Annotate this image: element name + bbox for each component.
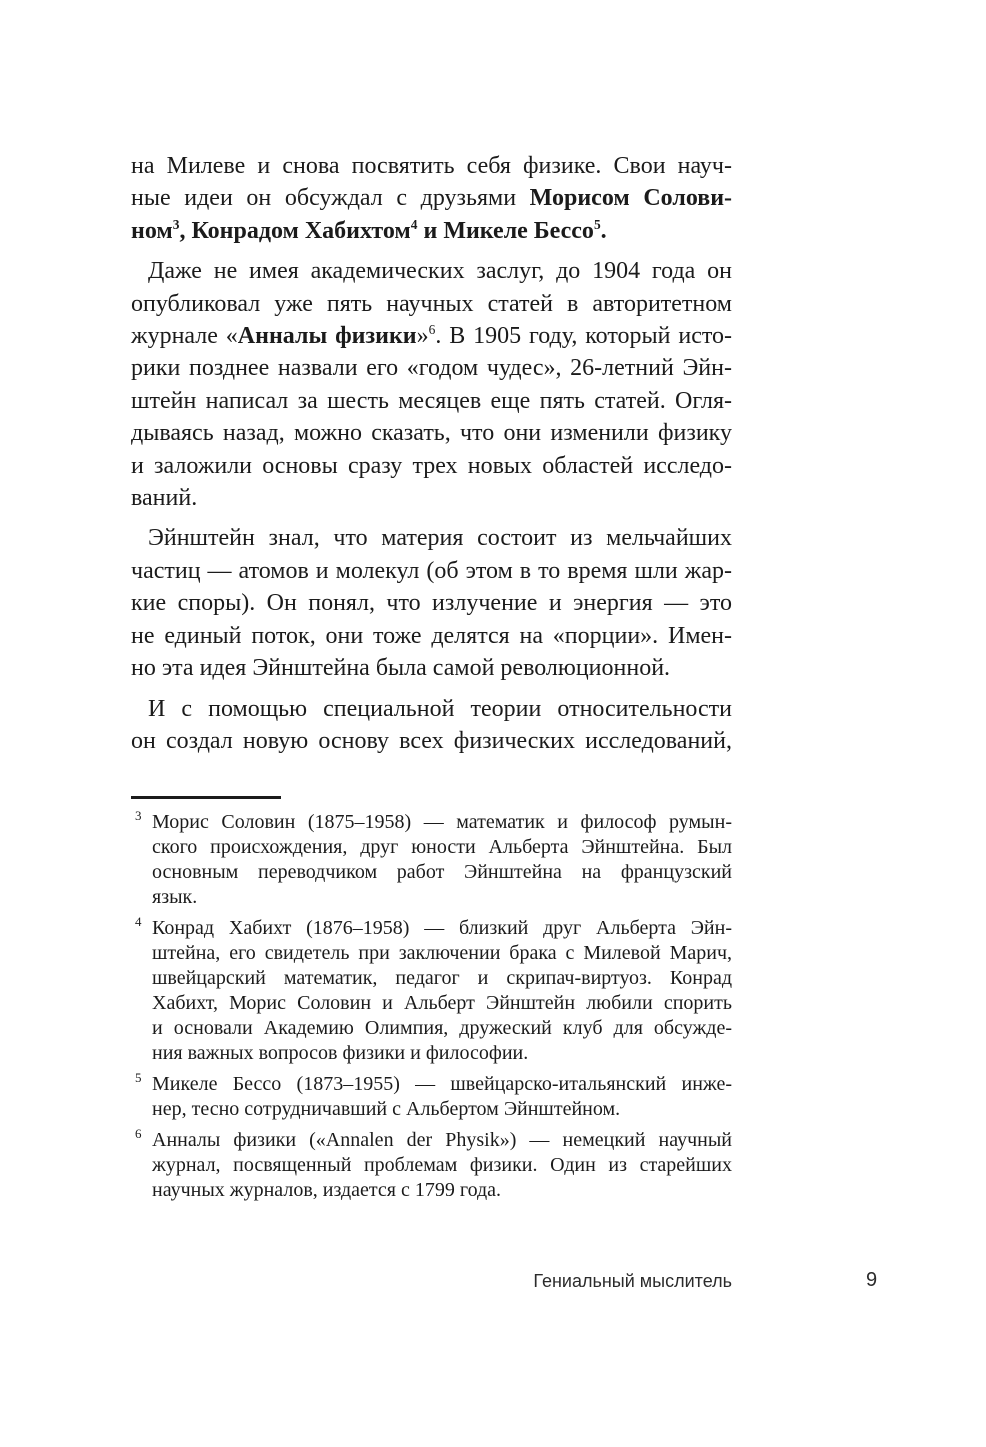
running-title: Гениальный мыслитель xyxy=(131,1269,732,1293)
footnote-line: основным переводчиком работ Эйнштейна на… xyxy=(152,860,732,885)
footnote-line: Хабихт, Морис Соловин и Альберт Эйнштейн… xyxy=(152,991,732,1016)
text-segment: и Микеле Бессо xyxy=(418,218,594,244)
footnote-line: журнал, посвященный проблемам физики. Од… xyxy=(152,1153,732,1178)
body-line: дываясь назад, можно сказать, что они из… xyxy=(131,417,732,449)
text-segment: кие споры). Он понял, что излучение и эн… xyxy=(131,590,732,616)
text-segment: Анналы физики xyxy=(238,323,417,349)
body-line: ные идеи он обсуждал с друзьями Морисом … xyxy=(131,182,732,214)
text-segment: на Милеве и снова посвятить себя физике.… xyxy=(131,153,732,179)
body-line: и заложили основы сразу трех новых облас… xyxy=(131,450,732,482)
paragraph: Даже не имея академических заслуг, до 19… xyxy=(131,255,732,514)
footnote-item: 4Конрад Хабихт (1876–1958) — близкий дру… xyxy=(131,916,732,1066)
text-segment: но эта идея Эйнштейна была самой революц… xyxy=(131,655,670,681)
text-segment: , Конрадом Хабихтом xyxy=(179,218,410,244)
footnote-line: Микеле Бессо (1873–1955) — швейцарско-ит… xyxy=(152,1072,732,1097)
text-segment: Морисом Солови- xyxy=(530,185,732,211)
text-segment: ном xyxy=(131,218,173,244)
body-line: рики позднее назвали его «годом чудес», … xyxy=(131,352,732,384)
footnote-reference: 5 xyxy=(594,217,601,232)
footnote-line: язык. xyxy=(152,885,732,910)
paragraph: Эйнштейн знал, что материя состоит из ме… xyxy=(131,522,732,684)
footnote-line: ния важных вопросов физики и философии. xyxy=(152,1041,732,1066)
text-segment: частиц — атомов и молекул (об этом в то … xyxy=(131,558,732,584)
footnote-line: Морис Соловин (1875–1958) — математик и … xyxy=(152,810,732,835)
footnote-item: 3Морис Соловин (1875–1958) — математик и… xyxy=(131,810,732,910)
footnote-line: швейцарский математик, педагог и скрипач… xyxy=(152,966,732,991)
body-line: но эта идея Эйнштейна была самой революц… xyxy=(131,652,732,684)
footnote-marker: 6 xyxy=(135,1127,142,1140)
text-segment: рики позднее назвали его «годом чудес», … xyxy=(131,355,732,381)
text-segment: Даже не имея академических заслуг, до 19… xyxy=(148,258,732,284)
text-segment: и заложили основы сразу трех новых облас… xyxy=(131,453,732,479)
body-line: Даже не имея академических заслуг, до 19… xyxy=(131,255,732,287)
text-segment: ваний. xyxy=(131,485,197,511)
body-text: на Милеве и снова посвятить себя физике.… xyxy=(131,150,732,757)
paragraph: на Милеве и снова посвятить себя физике.… xyxy=(131,150,732,247)
footnote-item: 6Анналы физики («Annalen der Physik») — … xyxy=(131,1128,732,1203)
footnote-item: 5Микеле Бессо (1873–1955) — швейцарско-и… xyxy=(131,1072,732,1122)
text-segment: не единый поток, они тоже делятся на «по… xyxy=(131,623,732,649)
footnote-line: ского происхождения, друг юности Альберт… xyxy=(152,835,732,860)
text-segment: Эйнштейн знал, что материя состоит из ме… xyxy=(148,525,732,551)
text-segment: . В 1905 году, который исто- xyxy=(435,323,732,349)
text-segment: . xyxy=(601,218,607,244)
footnote-marker: 4 xyxy=(135,915,142,928)
text-segment: он создал новую основу всех физических и… xyxy=(131,728,732,754)
text-segment: опубликовал уже пять научных статей в ав… xyxy=(131,291,732,317)
footnote-marker: 3 xyxy=(135,809,142,822)
text-segment: ные идеи он обсуждал с друзьями xyxy=(131,185,530,211)
body-line: кие споры). Он понял, что излучение и эн… xyxy=(131,587,732,619)
footnotes: 3Морис Соловин (1875–1958) — математик и… xyxy=(131,810,732,1203)
body-line: он создал новую основу всех физических и… xyxy=(131,725,732,757)
text-segment: » xyxy=(417,323,429,349)
text-segment: дываясь назад, можно сказать, что они из… xyxy=(131,420,732,446)
paragraph: И с помощью специальной теории относител… xyxy=(131,693,732,758)
footnote-reference: 4 xyxy=(411,217,418,232)
page-number: 9 xyxy=(866,1268,877,1292)
text-segment: штейн написал за шесть месяцев еще пять … xyxy=(131,388,732,414)
footnote-separator xyxy=(131,796,281,799)
body-line: не единый поток, они тоже делятся на «по… xyxy=(131,620,732,652)
body-line: ваний. xyxy=(131,482,732,514)
footnote-line: штейна, его свидетель при заключении бра… xyxy=(152,941,732,966)
body-line: Эйнштейн знал, что материя состоит из ме… xyxy=(131,522,732,554)
footnote-marker: 5 xyxy=(135,1071,142,1084)
text-segment: журнале « xyxy=(131,323,238,349)
body-line: на Милеве и снова посвятить себя физике.… xyxy=(131,150,732,182)
text-segment: И с помощью специальной теории относител… xyxy=(148,696,732,722)
footnote-line: нер, тесно сотрудничавший с Альбертом Эй… xyxy=(152,1097,732,1122)
footnote-line: научных журналов, издается с 1799 года. xyxy=(152,1178,732,1203)
body-line: ном3, Конрадом Хабихтом4 и Микеле Бессо5… xyxy=(131,215,732,247)
footnote-line: Анналы физики («Annalen der Physik») — н… xyxy=(152,1128,732,1153)
body-line: частиц — атомов и молекул (об этом в то … xyxy=(131,555,732,587)
body-line: журнале «Анналы физики»6. В 1905 году, к… xyxy=(131,320,732,352)
body-line: штейн написал за шесть месяцев еще пять … xyxy=(131,385,732,417)
footnote-line: и основали Академию Олимпия, дружеский к… xyxy=(152,1016,732,1041)
body-line: И с помощью специальной теории относител… xyxy=(131,693,732,725)
body-line: опубликовал уже пять научных статей в ав… xyxy=(131,288,732,320)
footnote-line: Конрад Хабихт (1876–1958) — близкий друг… xyxy=(152,916,732,941)
book-page: на Милеве и снова посвятить себя физике.… xyxy=(0,0,986,1447)
